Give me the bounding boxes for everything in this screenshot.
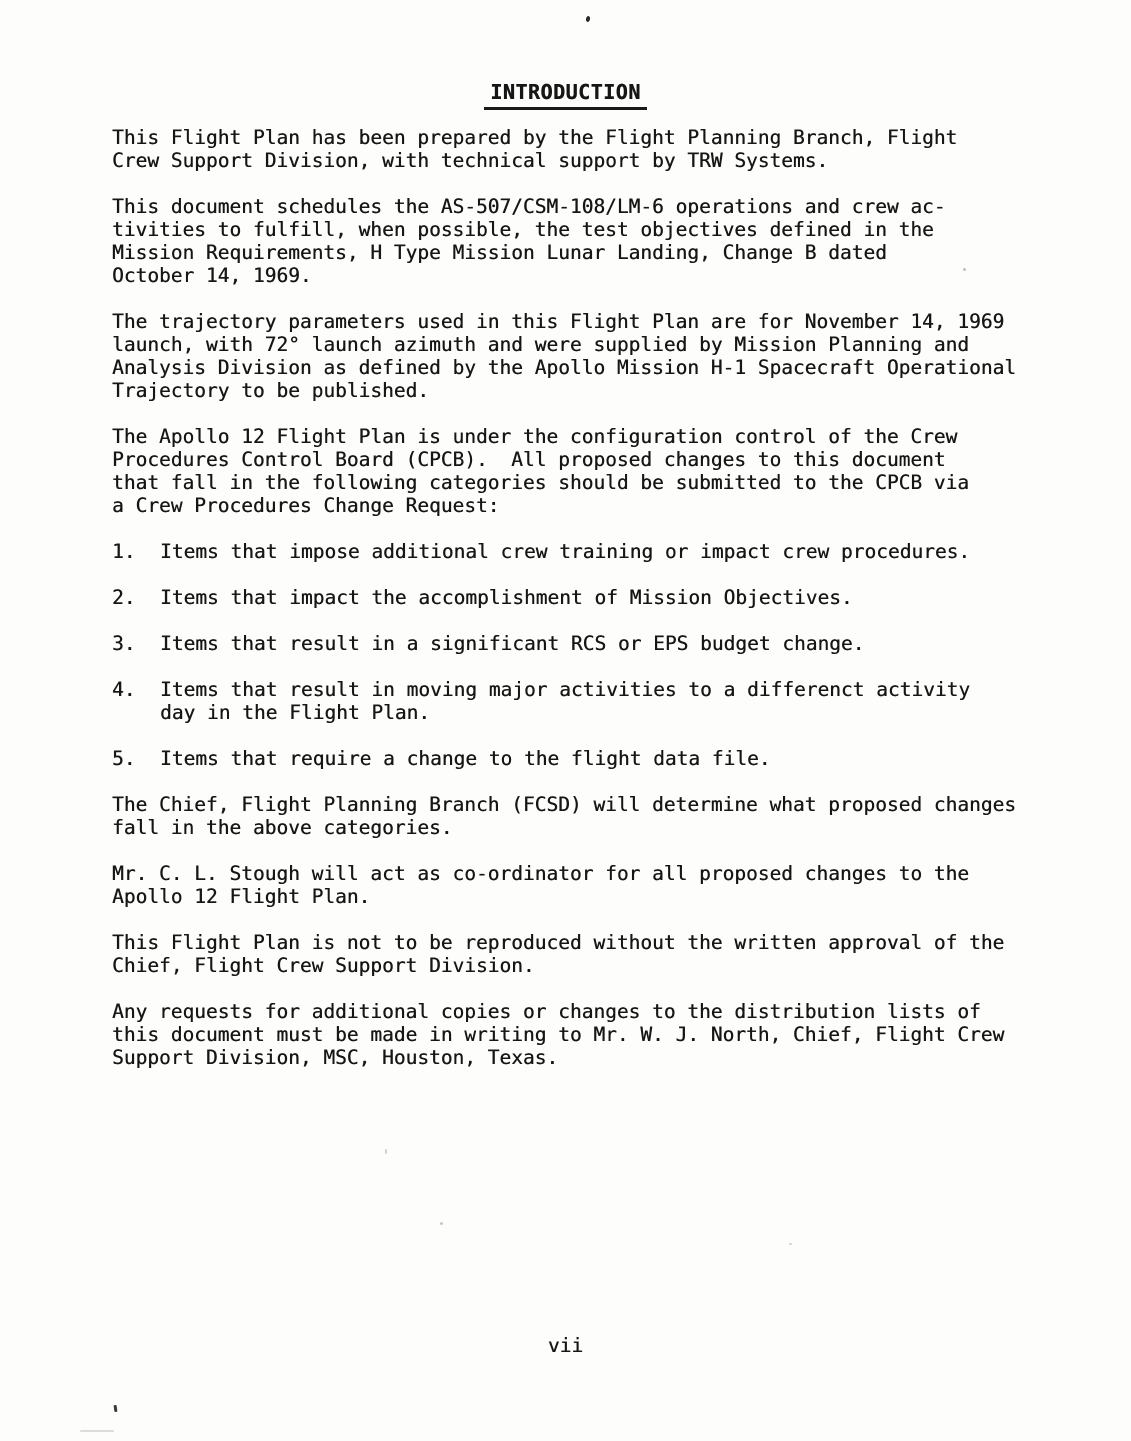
list-item-text: Items that result in a significant RCS o… — [160, 632, 864, 655]
page-title-row: INTRODUCTION — [0, 80, 1131, 110]
page-number: vii — [0, 1334, 1131, 1357]
list-item-1: 1. Items that impose additional crew tra… — [112, 540, 1034, 563]
list-item-text: Items that result in moving major activi… — [160, 678, 970, 724]
list-item-4: 4. Items that result in moving major act… — [112, 678, 1034, 724]
list-item-number: 3. — [112, 632, 160, 655]
page-title: INTRODUCTION — [484, 80, 647, 110]
paragraph-3: The trajectory parameters used in this F… — [112, 310, 1034, 402]
scan-speck — [385, 1149, 387, 1154]
list-item-number: 1. — [112, 540, 160, 563]
list-item-text: Items that require a change to the fligh… — [160, 747, 770, 770]
list-item-text: Items that impact the accomplishment of … — [160, 586, 853, 609]
paragraph-2: This document schedules the AS-507/CSM-1… — [112, 195, 1034, 287]
list-item-number: 5. — [112, 747, 160, 770]
paragraph-7: This Flight Plan is not to be reproduced… — [112, 931, 1034, 977]
document-body: This Flight Plan has been prepared by th… — [112, 126, 1034, 1092]
list-item-2: 2. Items that impact the accomplishment … — [112, 586, 1034, 609]
list-item-text: Items that impose additional crew traini… — [160, 540, 970, 563]
scan-speck — [963, 268, 966, 271]
list-item-number: 4. — [112, 678, 160, 701]
list-item-5: 5. Items that require a change to the fl… — [112, 747, 1034, 770]
document-page: INTRODUCTION This Flight Plan has been p… — [0, 0, 1131, 1441]
scan-speck — [585, 16, 590, 23]
paragraph-8: Any requests for additional copies or ch… — [112, 1000, 1034, 1069]
paragraph-1: This Flight Plan has been prepared by th… — [112, 126, 1034, 172]
paragraph-5: The Chief, Flight Planning Branch (FCSD)… — [112, 793, 1034, 839]
numbered-list: 1. Items that impose additional crew tra… — [112, 540, 1034, 770]
paragraph-4: The Apollo 12 Flight Plan is under the c… — [112, 425, 1034, 517]
scan-speck — [114, 1405, 118, 1412]
list-item-3: 3. Items that result in a significant RC… — [112, 632, 1034, 655]
scan-speck — [440, 1222, 443, 1225]
scan-speck — [789, 1243, 792, 1245]
list-item-number: 2. — [112, 586, 160, 609]
paragraph-6: Mr. C. L. Stough will act as co-ordinato… — [112, 862, 1034, 908]
scan-speck — [80, 1430, 114, 1432]
